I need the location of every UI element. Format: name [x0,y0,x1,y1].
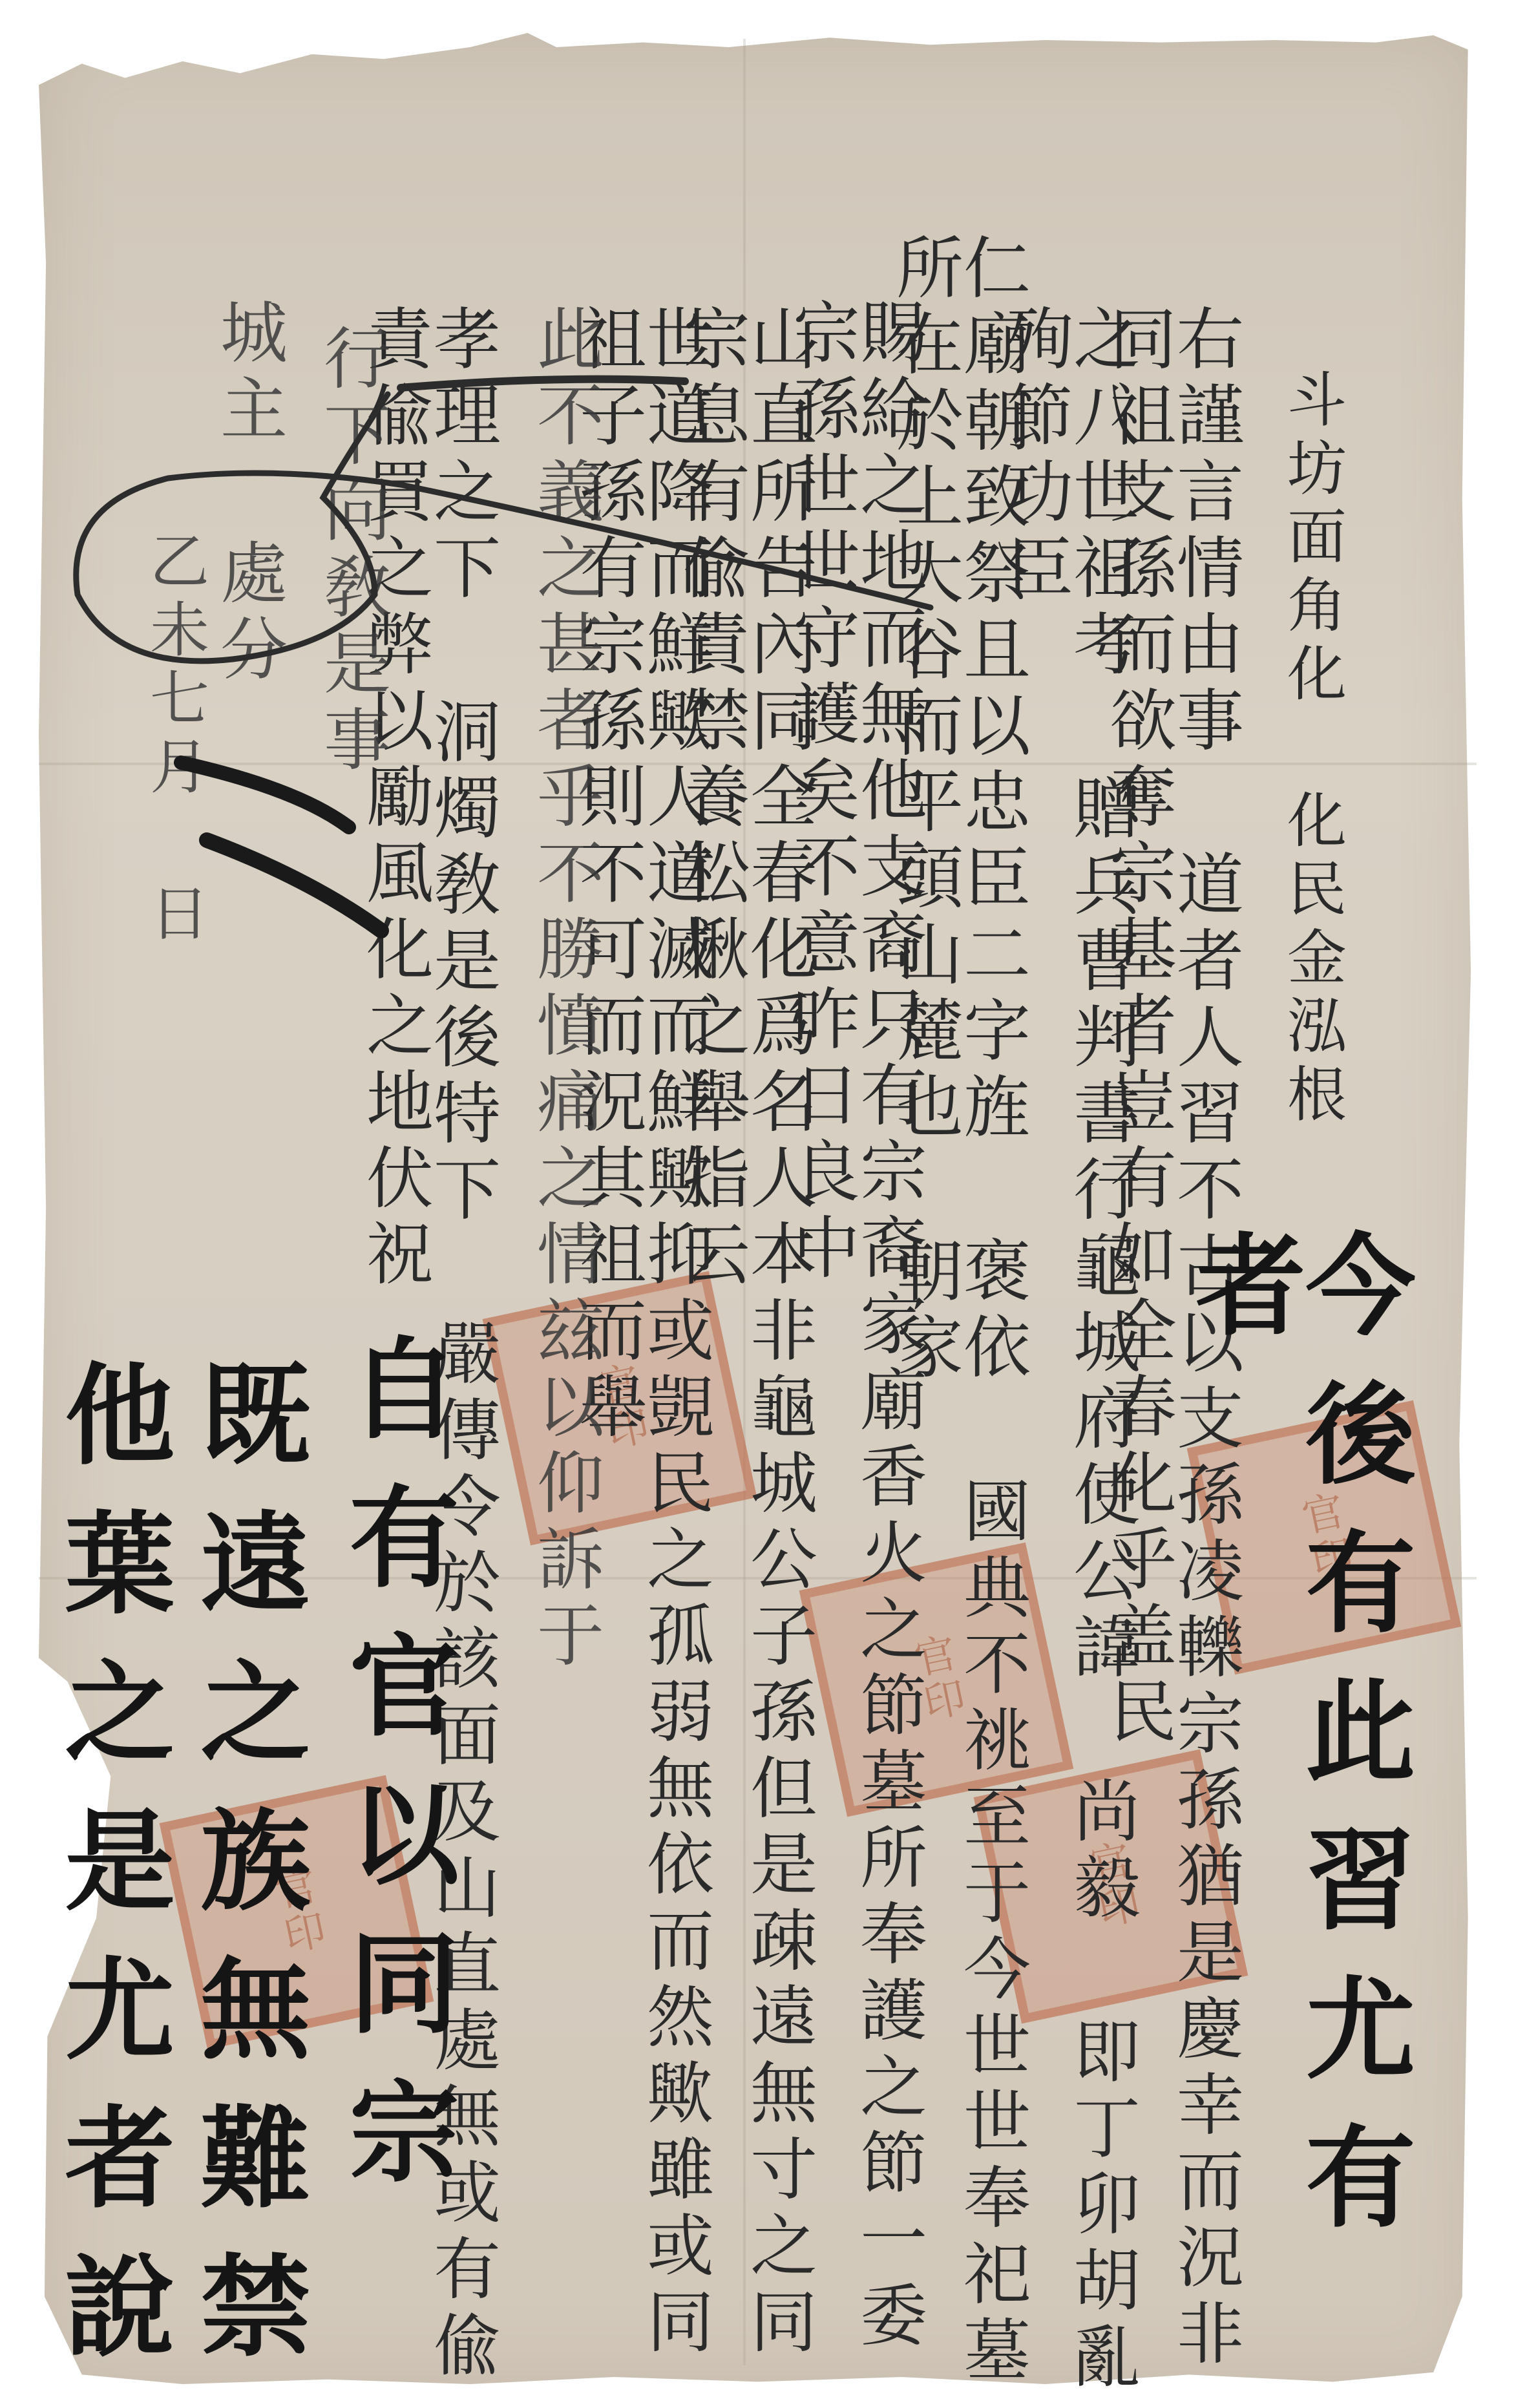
signature-mark-er [168,750,401,944]
judgment-column-2: 自有官以同宗 [340,1331,450,2223]
judgment-column-4: 他葉之是尤者說 [56,1357,165,2398]
judgment-column-1: 今後有此習尤有者 [1186,1228,1406,2408]
petitioner-line: 斗坊面角化 化民金泓根 [1282,368,1342,1132]
judgment-column-3: 既遠之族無難禁 [191,1357,301,2398]
signature-loop-mark [39,362,943,814]
